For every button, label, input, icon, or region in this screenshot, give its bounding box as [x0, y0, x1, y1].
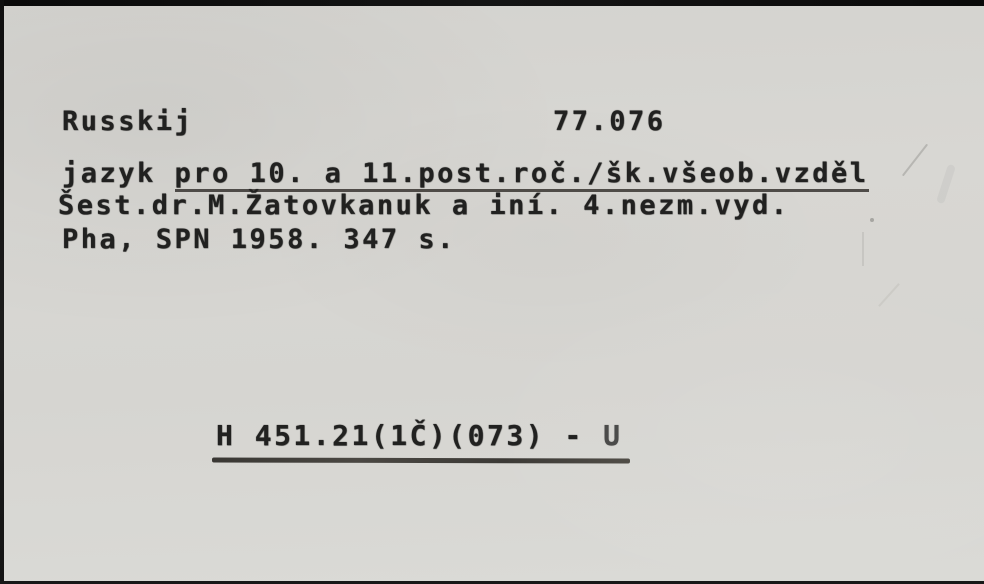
- call-number-underline: [212, 457, 630, 463]
- call-number-line: H 451.21(1Č)(073) - U: [216, 418, 623, 454]
- scan-edge-top: [0, 0, 984, 6]
- card-surface: Russkij 77.076 jazyk pro 10. a 11.post.r…: [4, 6, 984, 581]
- call-number-suffix: U: [603, 419, 622, 452]
- scan-edge-left: [0, 0, 4, 584]
- pencil-mark-dot: [870, 218, 874, 222]
- authors-line: Šest.dr.M.Žatovkanuk a iní. 4.nezm.vyd.: [58, 190, 789, 222]
- scan-smudge: [936, 164, 956, 205]
- scanned-catalog-card: Russkij 77.076 jazyk pro 10. a 11.post.r…: [0, 0, 984, 584]
- title-line: jazyk pro 10. a 11.post.roč./šk.všeob.vz…: [62, 158, 869, 190]
- imprint-line: Pha, SPN 1958. 347 s.: [62, 224, 456, 256]
- call-number-main: H 451.21(1Č)(073) -: [216, 419, 603, 452]
- pencil-mark-slash: [902, 144, 928, 177]
- pencil-mark-slash-faint: [878, 283, 900, 307]
- heading-word: Russkij: [62, 106, 193, 138]
- title-underlined-text: pro 10. a 11.post.roč./šk.všeob.vzděl: [175, 158, 869, 192]
- pencil-mark-vertical: [862, 232, 864, 266]
- accession-number: 77.076: [553, 106, 666, 138]
- title-prefix: jazyk: [62, 158, 175, 189]
